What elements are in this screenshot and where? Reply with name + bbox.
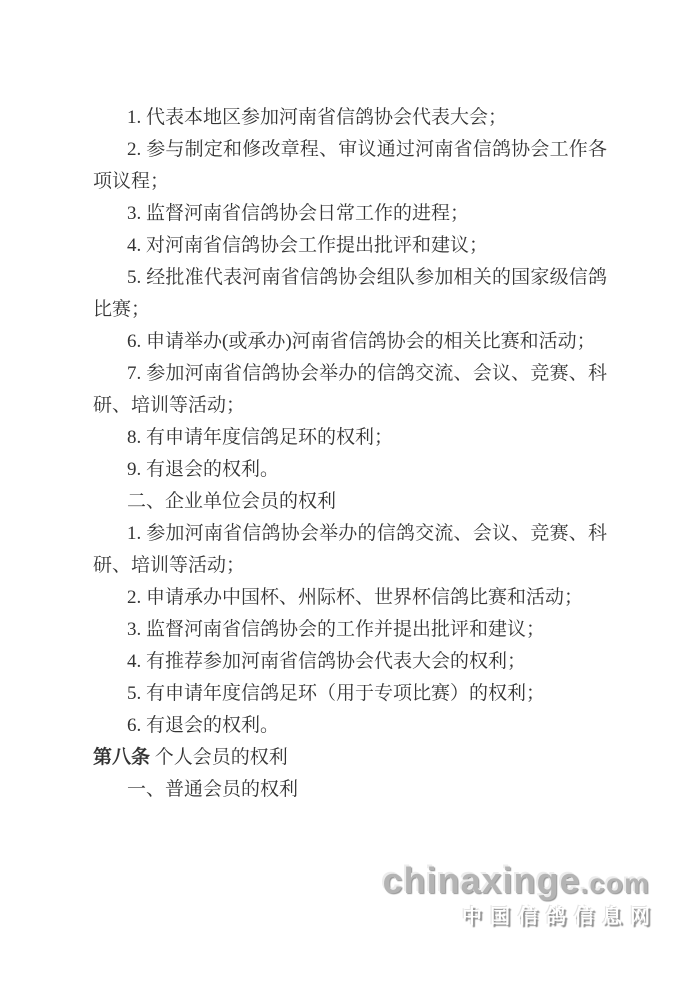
list-item: 1. 参加河南省信鸽协会举办的信鸽交流、会议、竞赛、科: [93, 518, 607, 550]
list-item-continuation: 研、培训等活动；: [93, 390, 607, 422]
list-item: 7. 参加河南省信鸽协会举办的信鸽交流、会议、竞赛、科: [93, 358, 607, 390]
list-item: 9. 有退会的权利。: [93, 454, 607, 486]
list-item: 3. 监督河南省信鸽协会的工作并提出批评和建议；: [93, 614, 607, 646]
list-item: 8. 有申请年度信鸽足环的权利；: [93, 422, 607, 454]
document-page: 1. 代表本地区参加河南省信鸽协会代表大会； 2. 参与制定和修改章程、审议通过…: [0, 0, 700, 990]
article-number: 第八条: [93, 747, 150, 768]
list-item: 4. 有推荐参加河南省信鸽协会代表大会的权利；: [93, 646, 607, 678]
list-item: 5. 经批准代表河南省信鸽协会组队参加相关的国家级信鸽: [93, 262, 607, 294]
list-item: 1. 代表本地区参加河南省信鸽协会代表大会；: [93, 102, 607, 134]
list-item: 4. 对河南省信鸽协会工作提出批评和建议；: [93, 230, 607, 262]
list-item-continuation: 比赛；: [93, 294, 607, 326]
list-item: 2. 参与制定和修改章程、审议通过河南省信鸽协会工作各: [93, 134, 607, 166]
list-item: 5. 有申请年度信鸽足环（用于专项比赛）的权利；: [93, 678, 607, 710]
article-heading: 第八条 个人会员的权利: [93, 742, 607, 774]
watermark-site-url: chinaxinge.com: [383, 862, 650, 903]
list-item: 6. 申请举办(或承办)河南省信鸽协会的相关比赛和活动；: [93, 326, 607, 358]
article-title: 个人会员的权利: [150, 747, 288, 768]
document-text: 1. 代表本地区参加河南省信鸽协会代表大会； 2. 参与制定和修改章程、审议通过…: [93, 102, 607, 806]
watermark: chinaxinge.com 中国信鸽信息网: [383, 862, 650, 928]
section-heading: 二、企业单位会员的权利: [93, 486, 607, 518]
list-item: 3. 监督河南省信鸽协会日常工作的进程；: [93, 198, 607, 230]
list-item-continuation: 项议程；: [93, 166, 607, 198]
list-item-continuation: 研、培训等活动；: [93, 550, 607, 582]
section-heading: 一、普通会员的权利: [93, 774, 607, 806]
watermark-cn-title: 中国信鸽信息网: [383, 906, 658, 928]
list-item: 6. 有退会的权利。: [93, 710, 607, 742]
list-item: 2. 申请承办中国杯、州际杯、世界杯信鸽比赛和活动；: [93, 582, 607, 614]
watermark-site-name: chinaxinge: [383, 860, 581, 901]
watermark-site-tld: .com: [581, 868, 650, 899]
